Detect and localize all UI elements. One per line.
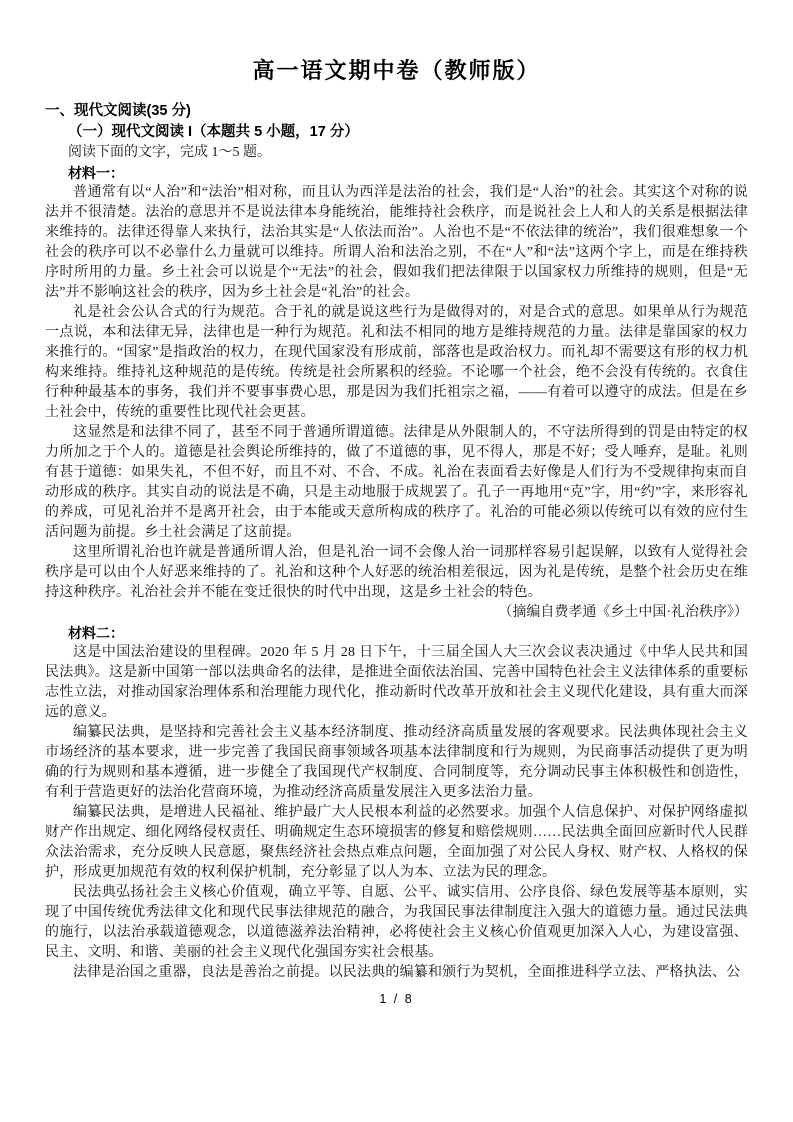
material2-paragraph: 编纂民法典，是增进人民福祉、维护最广大人民根本利益的必然要求。加强个人信息保护、… bbox=[45, 803, 748, 883]
material1-paragraph: 普通常有以“人治”和“法治”相对称，而且认为西洋是法治的社会，我们是“人治”的社… bbox=[45, 183, 748, 303]
subsection-heading: （一）现代文阅读 I（本题共 5 小题，17 分） bbox=[45, 122, 748, 143]
material1-paragraph: 这里所谓礼治也许就是普通所谓人治，但是礼治一词不会像人治一词那样容易引起误解，以… bbox=[45, 543, 748, 603]
material1-paragraph: 这显然是和法律不同了，甚至不同于普通所谓道德。法律是从外限制人的，不守法所得到的… bbox=[45, 423, 748, 543]
material2-paragraph: 法律是治国之重器，良法是善治之前提。以民法典的编纂和颁行为契机，全面推进科学立法… bbox=[45, 963, 748, 983]
material2-paragraph: 民法典弘扬社会主义核心价值观，确立平等、自愿、公平、诚实信用、公序良俗、绿色发展… bbox=[45, 883, 748, 963]
exam-page: 高一语文期中卷（教师版） 一、现代文阅读(35 分) （一）现代文阅读 I（本题… bbox=[0, 0, 793, 1122]
material1-label: 材料一： bbox=[45, 163, 748, 183]
page-title: 高一语文期中卷（教师版） bbox=[45, 54, 748, 85]
material1-paragraph: 礼是社会公认合式的行为规范。合于礼的就是说这些行为是做得对的，对是合式的意思。如… bbox=[45, 303, 748, 423]
material1-citation: （摘编自费孝通《乡土中国·礼治秩序》） bbox=[45, 603, 748, 623]
page-number: 1 / 8 bbox=[45, 992, 748, 1006]
material2-paragraph: 编纂民法典，是坚持和完善社会主义基本经济制度、推动经济高质量发展的客观要求。民法… bbox=[45, 723, 748, 803]
reading-instruction: 阅读下面的文字，完成 1～5 题。 bbox=[45, 143, 748, 163]
material2-label: 材料二： bbox=[45, 623, 748, 643]
material2-paragraph: 这是中国法治建设的里程碑。2020 年 5 月 28 日下午，十三届全国人大三次… bbox=[45, 643, 748, 723]
section-heading: 一、现代文阅读(35 分) bbox=[45, 101, 748, 122]
